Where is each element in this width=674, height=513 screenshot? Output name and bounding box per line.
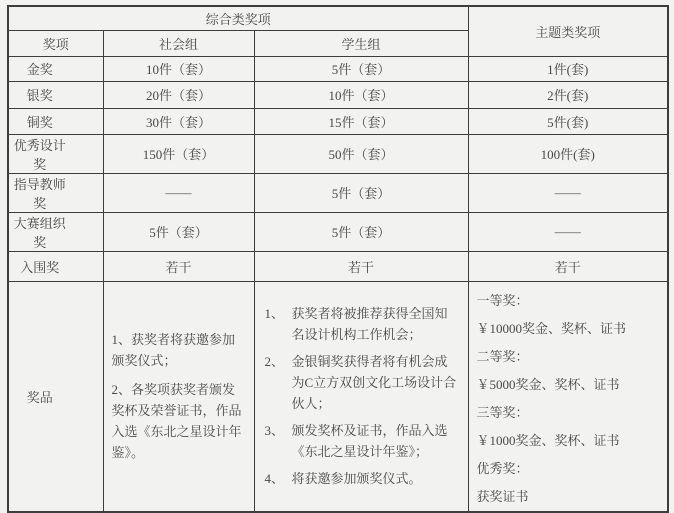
prize-theme-line: 优秀奖： xyxy=(477,455,664,483)
table-row-instructor: 指导教师奖 —— 5件（套） —— xyxy=(8,173,668,212)
prize-student-item: 3、 颁发奖杯及证书，作品入选《东北之星设计年鉴》； xyxy=(265,420,460,462)
prize-social-item: 1、获奖者将获邀参加颁奖仪式； xyxy=(112,329,248,371)
prize-theme-line: 二等奖： xyxy=(477,343,664,371)
column-header-award: 奖项 xyxy=(8,30,103,56)
prize-social-item: 2、各奖项获奖者颁发奖杯及荣誉证书，作品入选《东北之星设计年鉴》。 xyxy=(112,379,248,463)
cell-silver-student: 10件（套） xyxy=(254,81,468,108)
cell-silver-social: 20件（套） xyxy=(103,81,254,108)
cell-finalist-theme: 若干 xyxy=(468,251,668,281)
row-label-bronze: 铜奖 xyxy=(8,108,103,134)
cell-gold-social: 10件（套） xyxy=(103,56,254,81)
column-header-social-group: 社会组 xyxy=(103,30,254,56)
prize-item-number: 4、 xyxy=(265,468,292,489)
cell-organization-theme: —— xyxy=(468,212,668,251)
cell-prizes-student: 1、 获奖者将被推荐获得全国知名设计机构工作机会； 2、 金银铜奖获得者将有机会… xyxy=(254,281,468,512)
row-label-gold: 金奖 xyxy=(8,56,103,81)
cell-prizes-theme: 一等奖： ￥10000奖金、奖杯、证书 二等奖： ￥5000奖金、奖杯、证书 三… xyxy=(468,281,668,512)
row-label-excellent-design: 优秀设计奖 xyxy=(8,134,103,173)
row-label-prizes: 奖品 xyxy=(8,281,103,512)
table-row-finalist: 入围奖 若干 若干 若干 xyxy=(8,251,668,281)
prize-item-text: 金银铜奖获得者将有机会成为C立方双创文化工场设计合伙人； xyxy=(292,351,460,414)
prize-item-text: 将获邀参加颁奖仪式。 xyxy=(292,468,460,489)
cell-bronze-student: 15件（套） xyxy=(254,108,468,134)
prize-student-item: 1、 获奖者将被推荐获得全国知名设计机构工作机会； xyxy=(265,303,460,345)
prize-item-number: 1、 xyxy=(265,303,292,345)
table-row-silver: 银奖 20件（套） 10件（套） 2件(套) xyxy=(8,81,668,108)
cell-silver-theme: 2件(套) xyxy=(468,81,668,108)
header-row-categories: 综合类奖项 主题类奖项 xyxy=(8,6,668,30)
cell-instructor-social: —— xyxy=(103,173,254,212)
cell-instructor-theme: —— xyxy=(468,173,668,212)
cell-bronze-social: 30件（套） xyxy=(103,108,254,134)
comprehensive-category-header: 综合类奖项 xyxy=(8,6,468,30)
awards-table: 综合类奖项 主题类奖项 奖项 社会组 学生组 金奖 10件（套） 5件（套） 1… xyxy=(7,5,669,513)
table-row-prizes: 奖品 1、获奖者将获邀参加颁奖仪式； 2、各奖项获奖者颁发奖杯及荣誉证书，作品入… xyxy=(8,281,668,512)
prize-theme-line: 三等奖： xyxy=(477,399,664,427)
prize-item-text: 颁发奖杯及证书，作品入选《东北之星设计年鉴》； xyxy=(292,420,460,462)
cell-excellent-theme: 100件(套) xyxy=(468,134,668,173)
cell-excellent-student: 50件（套） xyxy=(254,134,468,173)
row-label-silver: 银奖 xyxy=(8,81,103,108)
row-label-organization: 大赛组织奖 xyxy=(8,212,103,251)
cell-instructor-student: 5件（套） xyxy=(254,173,468,212)
row-label-instructor: 指导教师奖 xyxy=(8,173,103,212)
cell-excellent-social: 150件（套） xyxy=(103,134,254,173)
cell-bronze-theme: 5件(套) xyxy=(468,108,668,134)
prize-theme-line: ￥5000奖金、奖杯、证书 xyxy=(477,371,664,399)
prize-theme-line: ￥1000奖金、奖杯、证书 xyxy=(477,427,664,455)
cell-organization-student: 5件（套） xyxy=(254,212,468,251)
table-row-bronze: 铜奖 30件（套） 15件（套） 5件(套) xyxy=(8,108,668,134)
theme-category-header: 主题类奖项 xyxy=(468,6,668,56)
cell-prizes-social: 1、获奖者将获邀参加颁奖仪式； 2、各奖项获奖者颁发奖杯及荣誉证书，作品入选《东… xyxy=(103,281,254,512)
table-row-gold: 金奖 10件（套） 5件（套） 1件(套) xyxy=(8,56,668,81)
prize-theme-line: 一等奖： xyxy=(477,287,664,315)
prize-item-number: 3、 xyxy=(265,420,292,462)
cell-gold-theme: 1件(套) xyxy=(468,56,668,81)
cell-finalist-student: 若干 xyxy=(254,251,468,281)
prize-student-item: 4、 将获邀参加颁奖仪式。 xyxy=(265,468,460,489)
prize-theme-line: 获奖证书 xyxy=(477,483,664,511)
table-row-excellent-design: 优秀设计奖 150件（套） 50件（套） 100件(套) xyxy=(8,134,668,173)
cell-finalist-social: 若干 xyxy=(103,251,254,281)
row-label-finalist: 入围奖 xyxy=(8,251,103,281)
cell-organization-social: 5件（套） xyxy=(103,212,254,251)
prize-item-number: 2、 xyxy=(265,351,292,414)
prize-theme-line: ￥10000奖金、奖杯、证书 xyxy=(477,315,664,343)
cell-gold-student: 5件（套） xyxy=(254,56,468,81)
table-row-organization: 大赛组织奖 5件（套） 5件（套） —— xyxy=(8,212,668,251)
column-header-student-group: 学生组 xyxy=(254,30,468,56)
prize-item-text: 获奖者将被推荐获得全国知名设计机构工作机会； xyxy=(292,303,460,345)
prize-student-item: 2、 金银铜奖获得者将有机会成为C立方双创文化工场设计合伙人； xyxy=(265,351,460,414)
